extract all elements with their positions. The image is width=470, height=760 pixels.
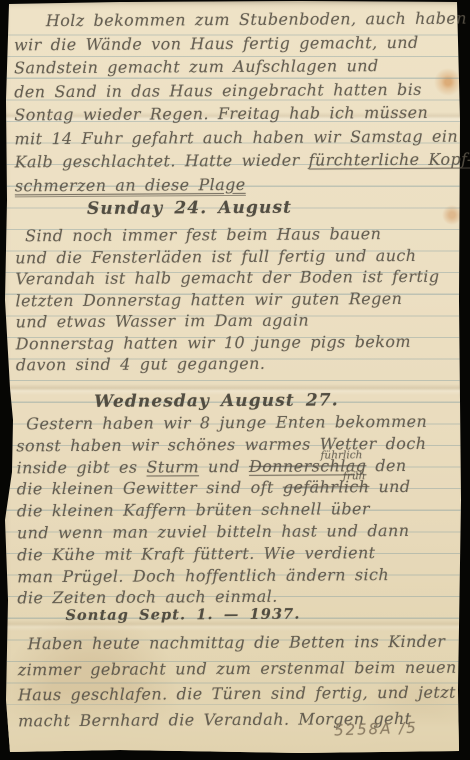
handwriting-line: schmerzen an diese Plage — [15, 171, 459, 197]
diary-entry-paragraph: Sind noch immer fest beim Haus bauenund … — [15, 223, 460, 376]
inserted-correction: früh — [343, 467, 366, 489]
handwriting-line: die kleinen Kaffern brüten schnell über — [17, 498, 461, 523]
entry-heading-sunday: Sunday 24. August — [15, 197, 459, 220]
handwriting-line: und wenn man zuviel bitteln hast und dan… — [17, 520, 461, 545]
handwriting-line: zimmer gebracht und zum erstenmal beim n… — [18, 654, 462, 682]
handwriting-line: und die Fensterläden ist full fertig und… — [15, 244, 459, 268]
entry-heading-sontag: Sontag Sept. 1. — 1937. — [17, 605, 461, 625]
entry-heading-wednesday: Wednesday August 27. — [16, 390, 460, 413]
handwriting-line: Haben heute nachmittag die Betten ins Ki… — [18, 629, 462, 657]
handwriting-line: Holz bekommen zum Stubenboden, auch habe… — [14, 7, 458, 33]
handwriting-line: Sandstein gemacht zum Aufschlagen und — [14, 54, 458, 80]
handwriting-line: und etwas Wasser im Dam again — [16, 309, 460, 333]
archive-number: 5258A /5 — [334, 719, 418, 740]
handwriting-line: Donnerstag hatten wir 10 junge pigs beko… — [16, 330, 460, 354]
scan-background: Holz bekommen zum Stubenboden, auch habe… — [0, 0, 470, 760]
handwriting-line: Verandah ist halb gemacht der Boden ist … — [15, 266, 459, 290]
handwriting-line: Sind noch immer fest beim Haus bauen — [15, 223, 459, 247]
handwriting-line: mit 14 Fuhr gefahrt auch haben wir Samst… — [14, 124, 458, 150]
handwriting-line: sonst haben wir schönes warmes Wetter do… — [16, 432, 460, 457]
handwriting-line: Gestern haben wir 8 junge Enten bekommen — [16, 411, 460, 436]
handwriting-line: davon sind 4 gut gegangen. — [16, 352, 460, 376]
manuscript: Holz bekommen zum Stubenboden, auch habe… — [0, 0, 470, 760]
handwriting-line: Sontag wieder Regen. Freitag hab ich müs… — [14, 101, 458, 127]
handwriting-line: man Prügel. Doch hoffentlich ändern sich — [17, 563, 461, 588]
handwriting-line: die kleinen Gewitter sind oft gefährlich… — [17, 476, 461, 501]
diary-entry-paragraph: Holz bekommen zum Stubenboden, auch habe… — [14, 7, 459, 198]
diary-entry-paragraph: Haben heute nachmittag die Betten ins Ki… — [18, 629, 463, 734]
inserted-correction: führlich — [320, 445, 362, 467]
handwriting-line: letzten Donnerstag hatten wir guten Rege… — [15, 287, 459, 311]
handwriting-line: Kalb geschlachtet. Hatte wieder fürchter… — [15, 148, 459, 174]
handwriting-line: die Kühe mit Kraft füttert. Wie verdient — [17, 541, 461, 566]
handwriting-line: wir die Wände von Haus fertig gemacht, u… — [14, 30, 458, 56]
diary-entry-paragraph: Gestern haben wir 8 junge Enten bekommen… — [16, 411, 461, 610]
handwriting-line: inside gibt es Sturm und Donnerschlagfüh… — [16, 454, 460, 479]
handwriting-line: Haus geschlafen. die Türen sind fertig, … — [18, 680, 462, 708]
handwriting-line: den Sand in das Haus eingebracht hatten … — [14, 77, 458, 103]
